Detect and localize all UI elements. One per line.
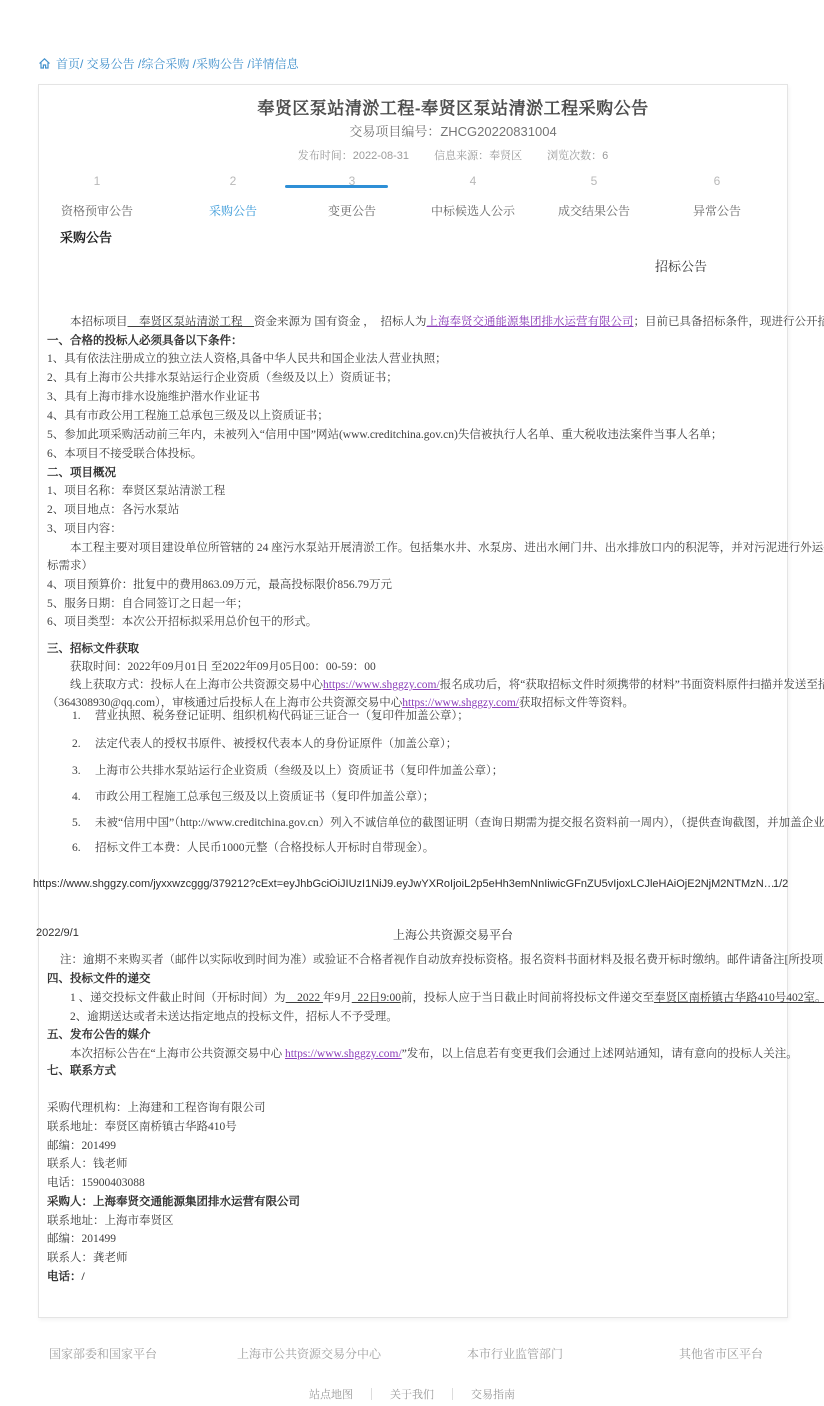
s2-item: 6、项目类型：本次公开招标拟采用总价包干的形式。: [47, 615, 317, 630]
s2-item: 2、项目地点：各污水泵站: [47, 503, 179, 518]
s3-obtain-time: 获取时间：2022年09月01日 至2022年09月05日00：00-59：00: [70, 660, 376, 675]
agency-zip: 邮编：201499: [47, 1139, 116, 1154]
page-title: 奉贤区泵站清淤工程-奉贤区泵站清淤工程采购公告: [38, 94, 824, 119]
purchaser-zip: 邮编：201499: [47, 1232, 116, 1247]
step-num-5: 5: [534, 174, 654, 188]
divider: [452, 1388, 453, 1400]
s4-item1: 1 、递交投标文件截止时间（开标时间）为 2022 年9月 22日9:00前，投…: [70, 991, 824, 1006]
s4-text: 1 、递交投标文件截止时间（开标时间）为: [70, 992, 286, 1004]
step-tab-change[interactable]: 变更公告: [292, 202, 412, 219]
intro-text: 资金来源为 国有资金 ， 招标人为: [254, 316, 427, 328]
material-item: 6.招标文件工本费：人民币1000元整（合格投标人开标时自带现金）。: [72, 841, 434, 856]
s5-text: ”发布，以上信息若有变更我们会通过上述网站通知，请有意向的投标人关注。: [402, 1048, 798, 1060]
breadcrumb-text[interactable]: 首页/ 交易公告 /综合采购 /采购公告 /详情信息: [56, 55, 299, 72]
s1-item: 4、具有市政公用工程施工总承包三级及以上资质证书；: [47, 409, 329, 424]
step-tab-result[interactable]: 成交结果公告: [534, 202, 654, 219]
s1-item: 2、具有上海市公共排水泵站运行企业资质（叁级及以上）资质证书；: [47, 371, 398, 386]
shggzy-link[interactable]: https://www.shggzy.com/: [285, 1048, 402, 1060]
info-source: 信息来源：奉贤区: [434, 150, 522, 162]
s1-item: 6、本项目不接受联合体投标。: [47, 447, 202, 462]
s3-text: 线上获取方式：投标人在上海市公共资源交易中心: [70, 679, 323, 691]
footer-dropdown-national[interactable]: 国家部委和国家平台: [0, 1345, 206, 1362]
s1-item: 5、参加此项采购活动前三年内，未被列入“信用中国”网站(www.creditch…: [47, 428, 722, 443]
footer-platform-row: 国家部委和国家平台 上海市公共资源交易分中心 本市行业监管部门 其他省市区平台: [0, 1345, 824, 1362]
step-tab-procurement[interactable]: 采购公告: [173, 202, 293, 219]
print-page-number: 1/2: [773, 877, 788, 892]
intro-text: ；目前已具备招标条件，现进行公开招标。: [634, 316, 824, 328]
s5-content: 本次招标公告在“上海市公共资源交易中心 https://www.shggzy.c…: [70, 1047, 798, 1062]
step-tab-abnormal[interactable]: 异常公告: [657, 202, 777, 219]
breadcrumb[interactable]: 首页/ 交易公告 /综合采购 /采购公告 /详情信息: [38, 55, 299, 72]
material-item: 4.市政公用工程施工总承包三级及以上资质证书（复印件加盖公章）；: [72, 790, 434, 805]
delivery-address: 奉贤区南桥镇古华路410号402室。: [654, 992, 824, 1004]
s3-text: 报名成功后，将“获取招标文件时须携带的材料”书面资料原件扫描并发送至招标代理机构: [440, 679, 824, 691]
material-num: 2.: [72, 737, 95, 752]
s2-paragraph-line1: 本工程主要对项目建设单位所管辖的 24 座污水泵站开展清淤工作。包括集水井、水泵…: [70, 541, 824, 556]
agency-phone: 电话：15900403088: [47, 1176, 145, 1191]
divider: [371, 1388, 372, 1400]
footer-link-guide[interactable]: 交易指南: [471, 1386, 515, 1402]
intro-text: 本招标项目: [70, 316, 128, 328]
agency-name: 采购代理机构：上海建和工程咨询有限公司: [47, 1101, 266, 1116]
shggzy-link[interactable]: https://www.shggzy.com/: [402, 697, 519, 709]
material-item: 2.法定代表人的授权书原件、被授权代表本人的身份证原件（加盖公章）；: [72, 737, 457, 752]
agency-address: 联系地址：奉贤区南桥镇古华路410号: [47, 1120, 237, 1135]
s5-text: 本次招标公告在“上海市公共资源交易中心: [70, 1048, 285, 1060]
print-site-title: 上海公共资源交易平台: [38, 926, 824, 943]
s2-item: 5、服务日期：自合同签订之日起一年；: [47, 597, 248, 612]
notice-title: 招标公告: [655, 259, 707, 274]
s1-item: 3、具有上海市排水设施维护潜水作业证书: [47, 390, 260, 405]
meta-row: 发布时间：2022-08-31 信息来源：奉贤区 浏览次数：6: [38, 147, 824, 163]
footer-dropdown-other-provinces[interactable]: 其他省市区平台: [618, 1345, 824, 1362]
purchaser-name: 采购人：上海奉贤交通能源集团排水运营有限公司: [47, 1195, 300, 1210]
tab-header-procurement: 采购公告: [60, 227, 112, 246]
section-7-heading: 七、联系方式: [47, 1064, 116, 1079]
step-tab-prequalification[interactable]: 资格预审公告: [37, 202, 157, 219]
s3-online-line1: 线上获取方式：投标人在上海市公共资源交易中心https://www.shggzy…: [70, 678, 824, 693]
page: { "breadcrumb": { "text": "首页/ 交易公告 /综合采…: [0, 0, 824, 1406]
s4-text: 年9月: [323, 992, 352, 1004]
s4-text: 前，投标人应于当日截止时间前将投标文件递交至: [401, 992, 654, 1004]
s2-paragraph-line2: 标需求）: [47, 559, 93, 574]
s2-item: 1、项目名称：奉贤区泵站清淤工程: [47, 484, 225, 499]
footer-dropdown-regulators[interactable]: 本市行业监管部门: [412, 1345, 618, 1362]
home-icon: [38, 57, 51, 70]
material-item: 3.上海市公共排水泵站运行企业资质（叁级及以上）资质证书（复印件加盖公章）；: [72, 764, 503, 779]
s4-item2: 2、逾期送达或者未送达指定地点的投标文件，招标人不予受理。: [70, 1010, 398, 1025]
material-text: 未被“信用中国”（http://www.creditchina.gov.cn）列…: [95, 817, 824, 829]
print-url: https://www.shggzy.com/jyxxwzcggg/379212…: [33, 877, 775, 892]
material-num: 3.: [72, 764, 95, 779]
agency-contact: 联系人：钱老师: [47, 1157, 128, 1172]
view-count: 浏览次数：6: [547, 150, 608, 162]
bidder-company-link[interactable]: 上海奉贤交通能源集团排水运营有限公司: [427, 316, 634, 328]
material-text: 市政公用工程施工总承包三级及以上资质证书（复印件加盖公章）；: [95, 791, 434, 803]
step-tab-candidates[interactable]: 中标候选人公示: [413, 202, 533, 219]
section-2-heading: 二、项目概况: [47, 466, 116, 481]
material-num: 4.: [72, 790, 95, 805]
section-5-heading: 五、发布公告的媒介: [47, 1028, 151, 1043]
s1-item: 1、具有依法注册成立的独立法人资格,具备中华人民共和国企业法人营业执照；: [47, 352, 447, 367]
s2-item: 3、项目内容：: [47, 522, 122, 537]
deadline-day-blank: 22日9:00: [352, 992, 401, 1004]
material-item: 5.未被“信用中国”（http://www.creditchina.gov.cn…: [72, 816, 824, 831]
purchaser-phone: 电话：/: [47, 1270, 85, 1285]
step-num-2: 2: [173, 174, 293, 188]
section-1-heading: 一、合格的投标人必须具备以下条件：: [47, 334, 243, 349]
project-name-blank: 奉贤区泵站清淤工程: [128, 316, 255, 328]
s2-item: 4、项目预算价：批复中的费用863.09万元，最高投标限价856.79万元: [47, 578, 392, 593]
material-item: 1.营业执照、税务登记证明、组织机构代码证三证合一（复印件加盖公章）；: [72, 709, 469, 724]
material-text: 上海市公共排水泵站运行企业资质（叁级及以上）资质证书（复印件加盖公章）；: [95, 765, 503, 777]
material-text: 法定代表人的授权书原件、被授权代表本人的身份证原件（加盖公章）；: [95, 738, 457, 750]
intro-paragraph: 本招标项目 奉贤区泵站清淤工程 资金来源为 国有资金 ， 招标人为上海奉贤交通能…: [70, 315, 824, 330]
material-num: 5.: [72, 816, 95, 831]
footer-links-row: 站点地图 关于我们 交易指南: [0, 1386, 824, 1402]
note-line: 注：逾期不来购买者（邮件以实际收到时间为准）或验证不合格者视作自动放弃投标资格。…: [60, 953, 824, 968]
project-number: 交易项目编号：ZHCG20220831004: [38, 121, 824, 140]
material-text: 营业执照、税务登记证明、组织机构代码证三证合一（复印件加盖公章）；: [95, 710, 469, 722]
step-num-1: 1: [37, 174, 157, 188]
section-3-heading: 三、招标文件获取: [47, 642, 139, 657]
step-progress-line: [285, 185, 388, 188]
s3-text: 获取招标文件等资料。: [519, 697, 634, 709]
deadline-year-blank: 2022: [286, 992, 323, 1004]
footer-link-sitemap[interactable]: 站点地图: [309, 1386, 353, 1402]
section-4-heading: 四、投标文件的递交: [47, 972, 151, 987]
s3-text: （364308930@qq.com），审核通过后投标人在上海市公共资源交易中心: [47, 697, 402, 709]
material-text: 招标文件工本费：人民币1000元整（合格投标人开标时自带现金）。: [95, 842, 434, 854]
step-num-6: 6: [657, 174, 777, 188]
footer-dropdown-shanghai-centers[interactable]: 上海市公共资源交易分中心: [206, 1345, 412, 1362]
publish-date: 发布时间：2022-08-31: [298, 150, 409, 162]
material-num: 6.: [72, 841, 95, 856]
shggzy-link[interactable]: https://www.shggzy.com/: [323, 679, 440, 691]
purchaser-contact: 联系人：龚老师: [47, 1251, 128, 1266]
step-num-4: 4: [413, 174, 533, 188]
material-num: 1.: [72, 709, 95, 724]
purchaser-address: 联系地址：上海市奉贤区: [47, 1214, 174, 1229]
footer-link-about[interactable]: 关于我们: [390, 1386, 434, 1402]
